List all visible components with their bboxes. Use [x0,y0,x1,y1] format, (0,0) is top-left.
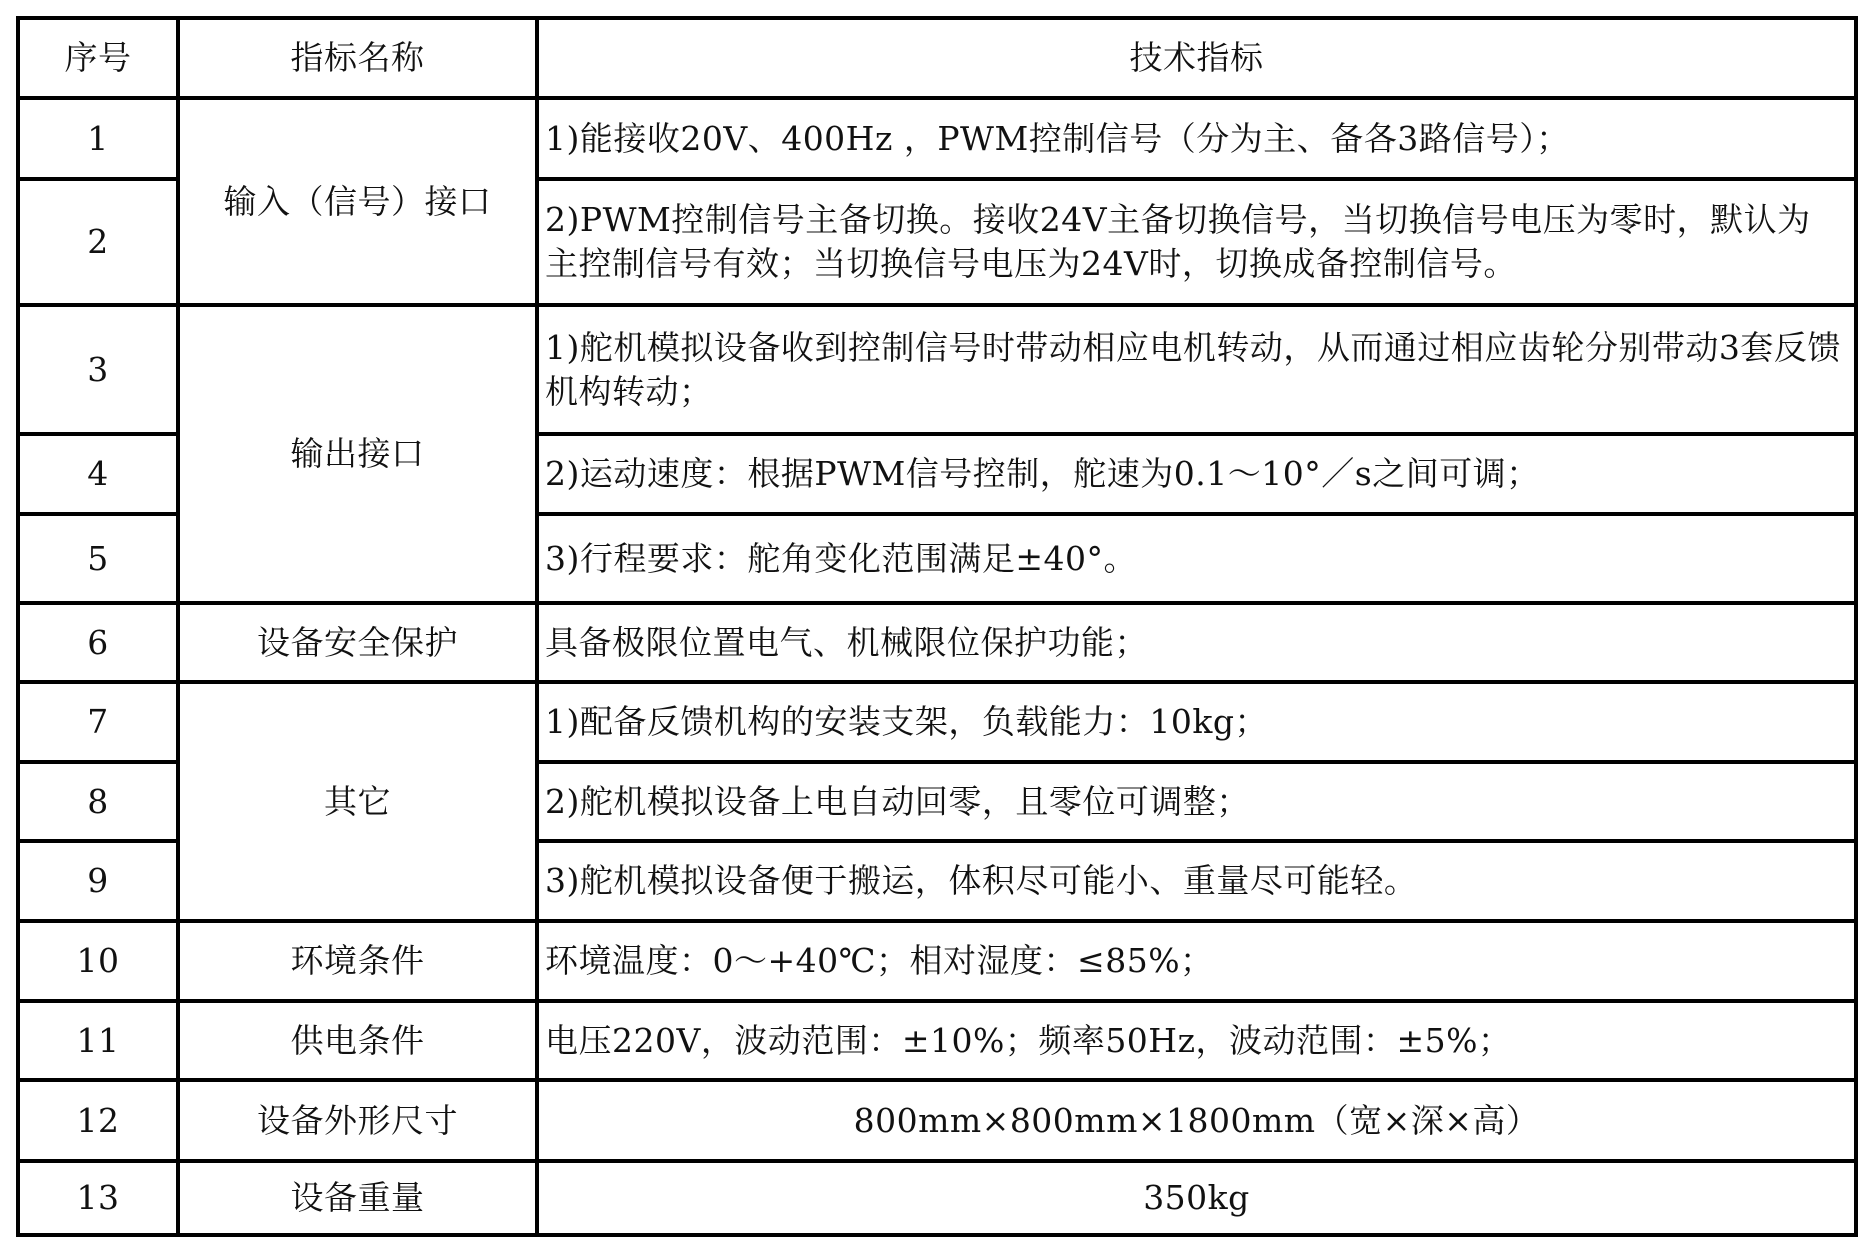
group-other: 其它 [180,684,539,923]
spec-table: 序号 指标名称 技术指标 1 2 3 4 5 6 7 8 9 10 11 12 … [16,16,1858,1237]
spec-text: 具备极限位置电气、机械限位保护功能； [545,621,1148,665]
group-input-interface: 输入（信号）接口 [180,100,539,307]
spec-row-10: 环境温度：0～+40℃；相对湿度：≤85%； [539,923,1854,1003]
header-name: 指标名称 [180,20,539,100]
row-index-10: 10 [20,923,180,1003]
group-power: 供电条件 [180,1003,539,1082]
spec-text: 2)PWM控制信号主备切换。接收24V主备切换信号，当切换信号电压为零时，默认为… [545,198,1844,286]
group-output-interface: 输出接口 [180,307,539,605]
index-text: 5 [87,537,109,581]
row-index-3: 3 [20,307,180,436]
header-name-label: 指标名称 [291,36,425,80]
spec-row-5: 3)行程要求：舵角变化范围满足±40°。 [539,516,1854,605]
spec-text: 电压220V，波动范围：±10%；频率50Hz，波动范围：±5%； [545,1019,1511,1063]
index-text: 12 [77,1099,120,1143]
group-dimensions: 设备外形尺寸 [180,1082,539,1163]
group-name: 输出接口 [291,432,425,476]
row-index-9: 9 [20,843,180,923]
row-index-8: 8 [20,764,180,843]
index-text: 10 [77,939,120,983]
spec-text: 1)舵机模拟设备收到控制信号时带动相应电机转动，从而通过相应齿轮分别带动3套反馈… [545,326,1844,414]
spec-text: 350kg [1143,1176,1250,1220]
row-index-6: 6 [20,605,180,684]
spec-text: 2)运动速度：根据PWM信号控制，舵速为0.1～10°／s之间可调； [545,452,1540,496]
index-text: 2 [87,220,109,264]
spec-row-6: 具备极限位置电气、机械限位保护功能； [539,605,1854,684]
group-name: 设备安全保护 [257,621,458,665]
spec-row-8: 2)舵机模拟设备上电自动回零，且零位可调整； [539,764,1854,843]
spec-text: 1)能接收20V、400Hz ，PWM控制信号（分为主、备各3路信号）； [545,117,1570,161]
index-text: 13 [77,1176,120,1220]
row-index-13: 13 [20,1163,180,1233]
row-index-1: 1 [20,100,180,181]
spec-row-13: 350kg [539,1163,1854,1233]
header-index-label: 序号 [65,36,132,80]
row-index-5: 5 [20,516,180,605]
index-text: 11 [77,1019,120,1063]
index-text: 4 [87,452,109,496]
row-index-7: 7 [20,684,180,764]
index-text: 1 [87,117,109,161]
spec-text: 3)行程要求：舵角变化范围满足±40°。 [545,537,1137,581]
row-index-11: 11 [20,1003,180,1082]
group-name: 设备重量 [291,1176,425,1220]
group-name: 供电条件 [291,1019,425,1063]
index-text: 3 [87,348,109,392]
spec-row-2: 2)PWM控制信号主备切换。接收24V主备切换信号，当切换信号电压为零时，默认为… [539,181,1854,307]
spec-row-11: 电压220V，波动范围：±10%；频率50Hz，波动范围：±5%； [539,1003,1854,1082]
spec-text: 环境温度：0～+40℃；相对湿度：≤85%； [545,939,1214,983]
header-spec: 技术指标 [539,20,1854,100]
spec-text: 2)舵机模拟设备上电自动回零，且零位可调整； [545,780,1250,824]
header-spec-label: 技术指标 [1130,36,1264,80]
spec-text: 800mm×800mm×1800mm（宽×深×高） [854,1099,1540,1143]
spec-text: 1)配备反馈机构的安装支架，负载能力：10kg； [545,700,1268,744]
row-index-4: 4 [20,436,180,516]
index-text: 7 [87,700,109,744]
group-name: 环境条件 [291,939,425,983]
index-text: 6 [87,621,109,665]
index-text: 9 [87,859,109,903]
group-name: 输入（信号）接口 [224,180,492,224]
spec-text: 3)舵机模拟设备便于搬运，体积尽可能小、重量尽可能轻。 [545,859,1417,903]
spec-row-3: 1)舵机模拟设备收到控制信号时带动相应电机转动，从而通过相应齿轮分别带动3套反馈… [539,307,1854,436]
index-text: 8 [87,780,109,824]
spec-row-4: 2)运动速度：根据PWM信号控制，舵速为0.1～10°／s之间可调； [539,436,1854,516]
header-index: 序号 [20,20,180,100]
group-environment: 环境条件 [180,923,539,1003]
group-name: 设备外形尺寸 [257,1099,458,1143]
group-weight: 设备重量 [180,1163,539,1233]
spec-row-12: 800mm×800mm×1800mm（宽×深×高） [539,1082,1854,1163]
group-safety: 设备安全保护 [180,605,539,684]
spec-row-1: 1)能接收20V、400Hz ，PWM控制信号（分为主、备各3路信号）； [539,100,1854,181]
spec-row-7: 1)配备反馈机构的安装支架，负载能力：10kg； [539,684,1854,764]
row-index-12: 12 [20,1082,180,1163]
spec-row-9: 3)舵机模拟设备便于搬运，体积尽可能小、重量尽可能轻。 [539,843,1854,923]
group-name: 其它 [324,780,391,824]
row-index-2: 2 [20,181,180,307]
